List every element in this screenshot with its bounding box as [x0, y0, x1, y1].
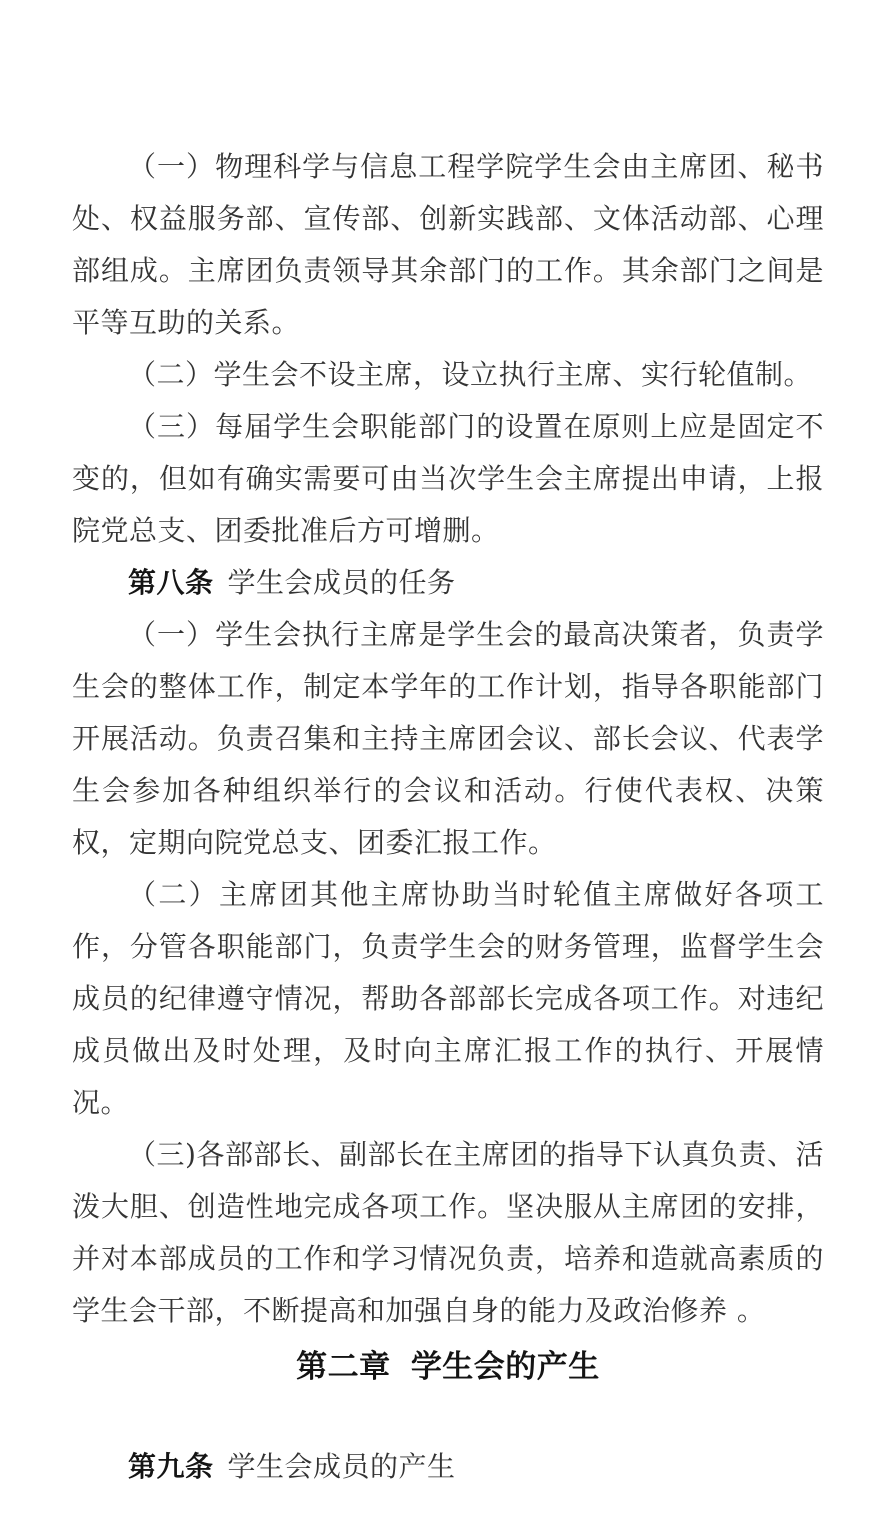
article-heading: 第八条学生会成员的任务 — [72, 557, 824, 609]
article-number: 第八条 — [128, 566, 214, 599]
paragraph: （三）每届学生会职能部门的设置在原则上应是固定不变的，但如有确实需要可由当次学生… — [72, 401, 824, 557]
article-title: 学生会成员的任务 — [228, 566, 456, 599]
paragraph: （二）主席团其他主席协助当时轮值主席做好各项工作，分管各职能部门，负责学生会的财… — [72, 869, 824, 1129]
document-page: （一）物理科学与信息工程学院学生会由主席团、秘书处、权益服务部、宣传部、创新实践… — [0, 0, 896, 1527]
paragraph: （二）学生会不设主席，设立执行主席、实行轮值制。 — [72, 349, 824, 401]
document-body: （一）物理科学与信息工程学院学生会由主席团、秘书处、权益服务部、宣传部、创新实践… — [72, 141, 824, 1493]
article-title: 学生会成员的产生 — [228, 1450, 456, 1483]
chapter-number: 第二章 — [296, 1349, 391, 1385]
paragraph: （一）物理科学与信息工程学院学生会由主席团、秘书处、权益服务部、宣传部、创新实践… — [72, 141, 824, 349]
paragraph: （一）学生会执行主席是学生会的最高决策者，负责学生会的整体工作，制定本学年的工作… — [72, 609, 824, 869]
paragraph: （三)各部部长、副部长在主席团的指导下认真负责、活泼大胆、创造性地完成各项工作。… — [72, 1129, 824, 1337]
chapter-title: 学生会的产生 — [411, 1349, 600, 1385]
chapter-heading: 第二章学生会的产生 — [72, 1341, 824, 1393]
article-number: 第九条 — [128, 1450, 214, 1483]
article-heading: 第九条学生会成员的产生 — [72, 1441, 824, 1493]
